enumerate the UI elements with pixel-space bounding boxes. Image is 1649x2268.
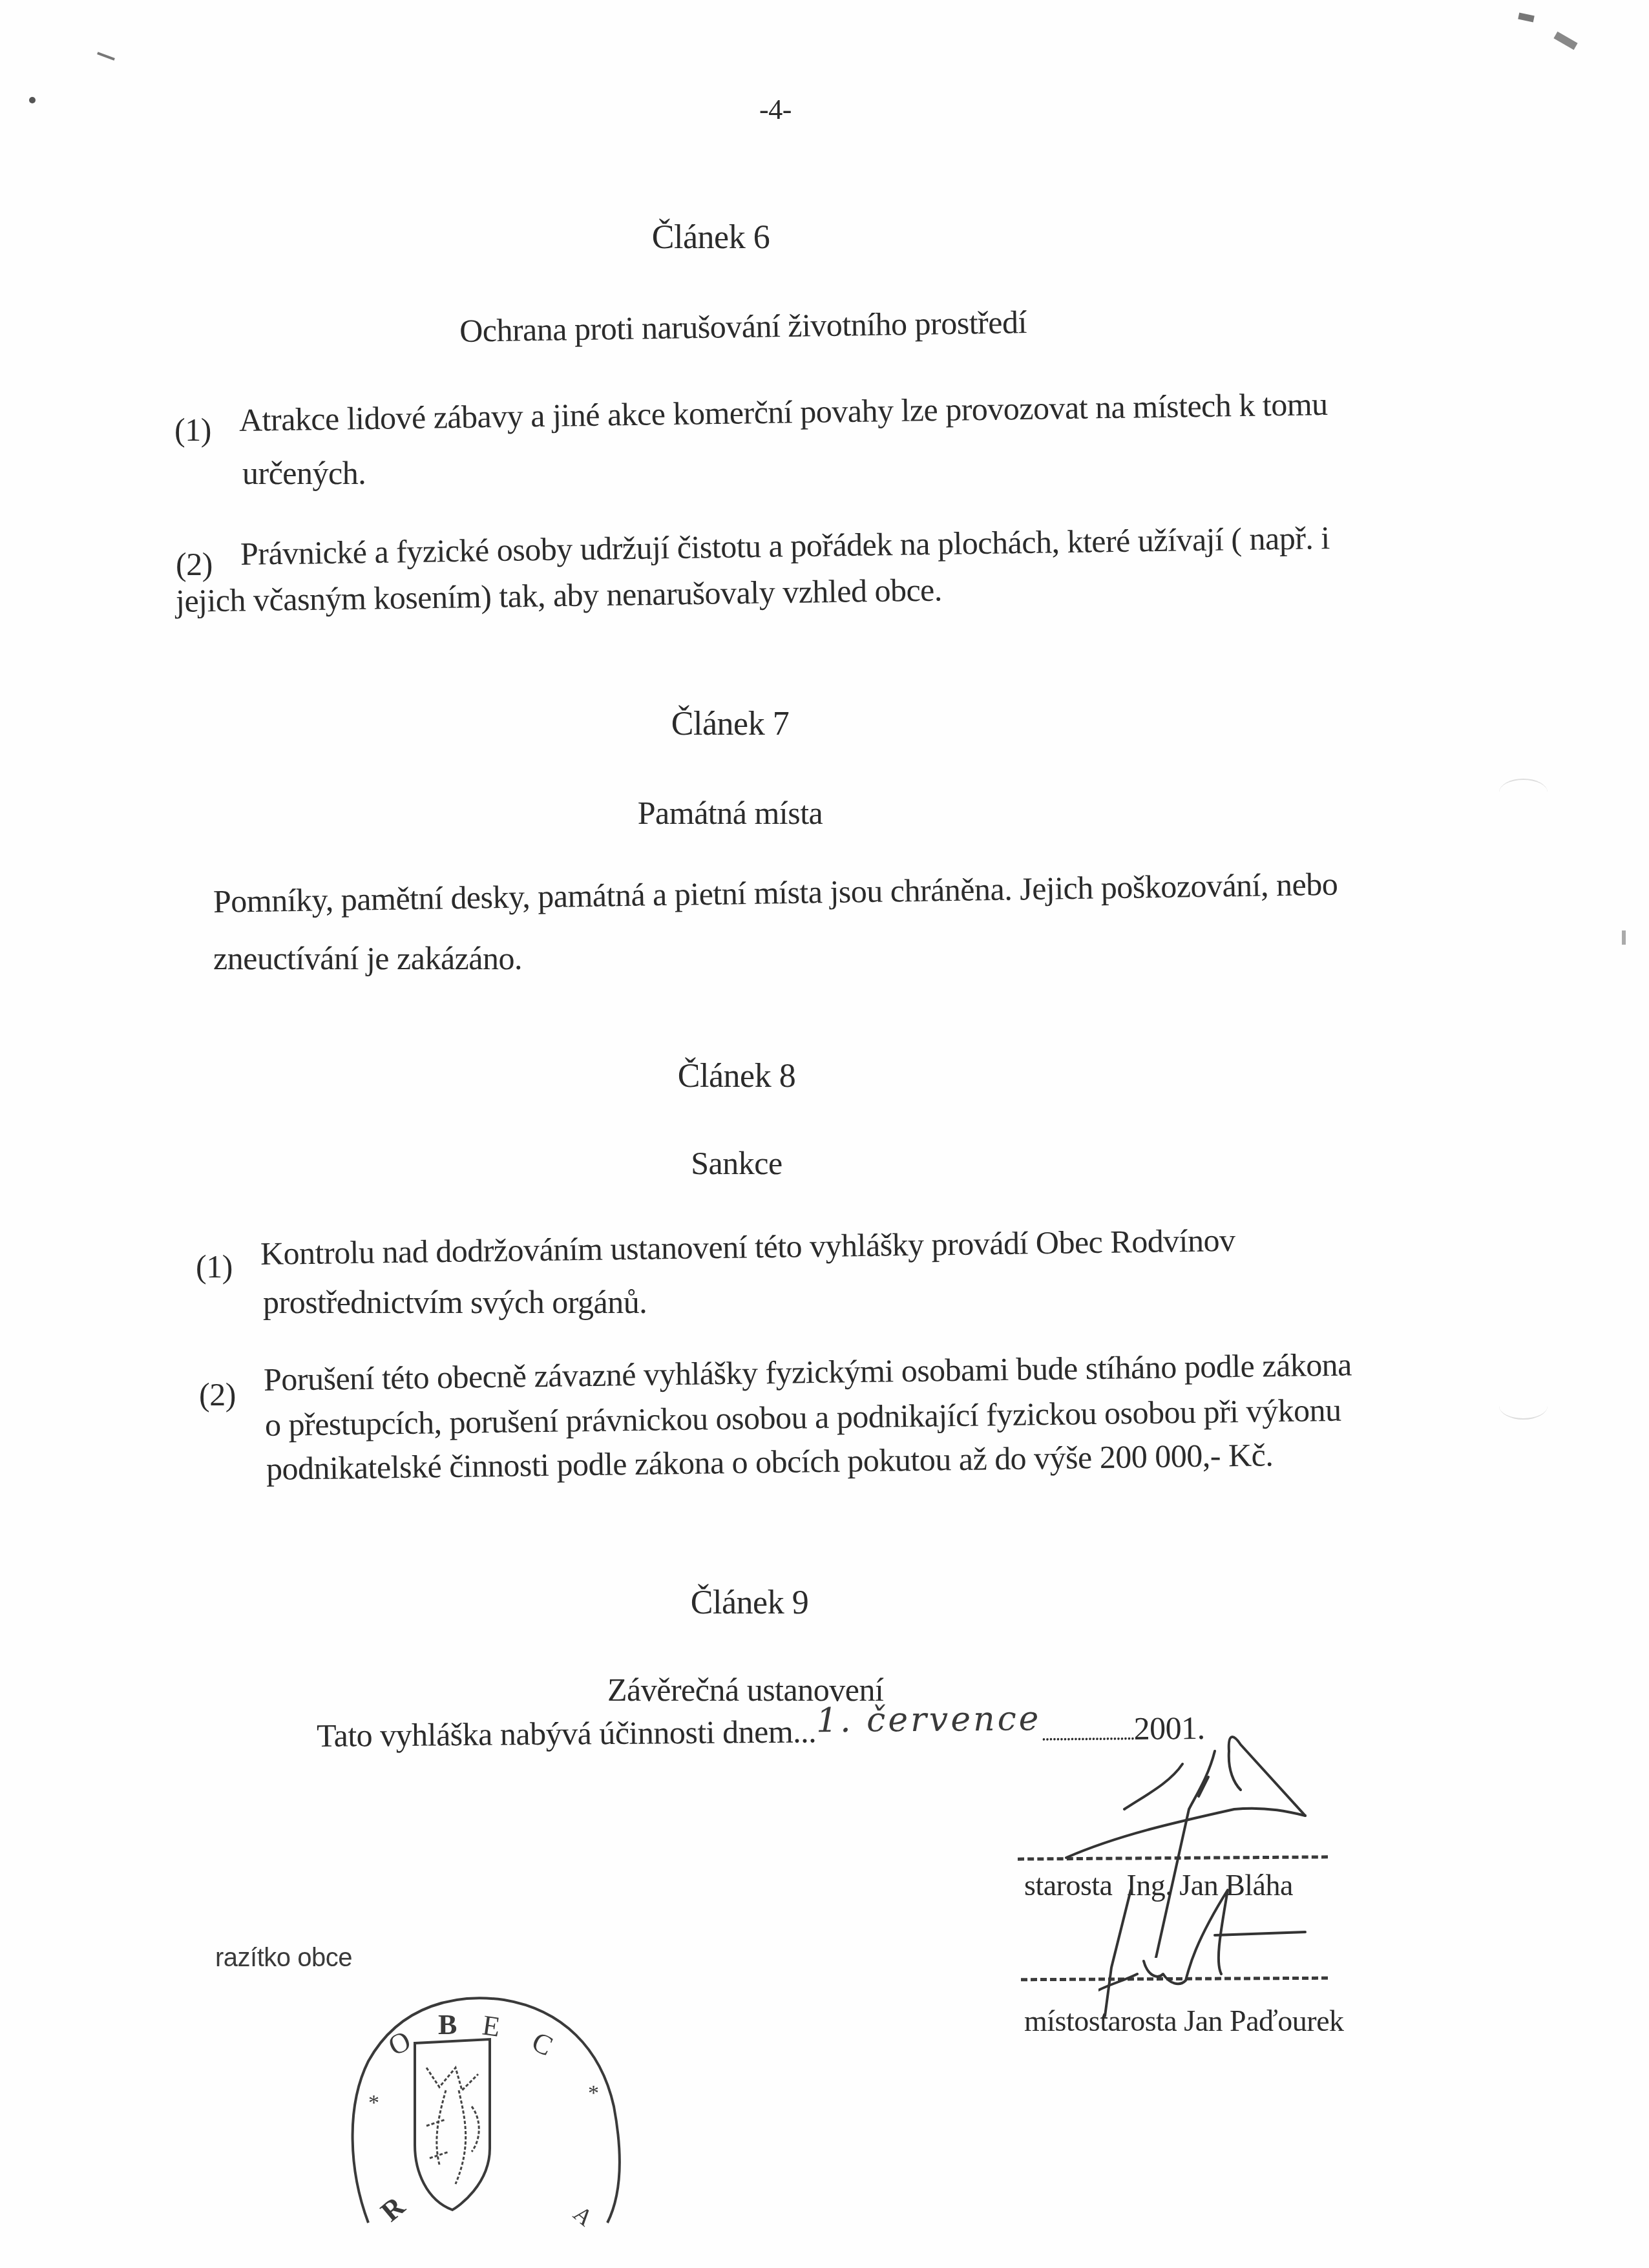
effective-date-handwritten: 1. července <box>816 1699 1042 1740</box>
article-6-para-2-marker: (2) <box>176 548 213 580</box>
scan-mark-top-left <box>29 97 36 103</box>
article-8-para-2-line-3: podnikatelské činnosti podle zákona o ob… <box>266 1438 1274 1485</box>
effective-date-prefix: Tato vyhláška nabývá účinnosti dnem <box>317 1714 793 1754</box>
punch-hole-lower <box>1499 1392 1548 1420</box>
article-8-para-2-line-1: Porušení této obecně závazné vyhlášky fy… <box>264 1348 1352 1396</box>
article-7-title: Památná místa <box>601 797 859 829</box>
article-7-label: Článek 7 <box>601 708 859 741</box>
article-6-label: Článek 6 <box>582 221 840 255</box>
article-8-para-2-marker: (2) <box>199 1378 236 1411</box>
article-6-para-2-line-1: Právnické a fyzické osoby udržují čistot… <box>240 521 1330 570</box>
article-6-para-2-line-2: jejich včasným kosením) tak, aby nenaruš… <box>176 573 943 617</box>
article-6-para-1-line-2: určených. <box>242 457 366 489</box>
article-8-label: Článek 8 <box>607 1060 866 1093</box>
article-8-para-2-line-2: o přestupcích, porušení právnickou osobo… <box>265 1394 1341 1441</box>
article-6-para-1-marker: (1) <box>174 414 211 446</box>
scan-mark-top-right-2 <box>1553 32 1577 50</box>
document-page: -4- Článek 6 Ochrana proti narušování ži… <box>0 0 1649 2268</box>
svg-text:*: * <box>368 2091 379 2115</box>
municipal-stamp: O B E C * * R A <box>342 1977 627 2268</box>
article-7-para-line-2: zneuctívání je zakázáno. <box>213 942 522 974</box>
page-number: -4- <box>711 96 840 124</box>
svg-text:A: A <box>569 2200 598 2231</box>
stamp-label: razítko obce <box>215 1945 352 1971</box>
article-6-para-1-line-1: Atrakce lidové zábavy a jiné akce komerč… <box>239 388 1328 436</box>
article-7-para-line-1: Pomníky, pamětní desky, památná a pietní… <box>213 868 1338 918</box>
svg-text:R: R <box>375 2190 412 2228</box>
svg-text:B: B <box>438 2009 457 2041</box>
scan-mark-top-right <box>1518 13 1535 23</box>
svg-text:C: C <box>527 2026 558 2063</box>
article-8-title: Sankce <box>607 1147 866 1179</box>
scan-mark-right-edge <box>1622 930 1626 945</box>
article-8-para-1-line-2: prostřednictvím svých orgánů. <box>263 1286 647 1318</box>
svg-text:E: E <box>481 2009 502 2042</box>
punch-hole-upper <box>1499 779 1548 806</box>
effective-date-dots: ... <box>793 1713 816 1749</box>
article-8-para-1-marker: (1) <box>196 1250 233 1283</box>
signature-caption-deputy: místostarosta Jan Paďourek <box>1024 2006 1344 2036</box>
scan-mark-top-left-2 <box>97 52 115 60</box>
svg-text:*: * <box>588 2081 599 2105</box>
signature-deputy-scribble <box>1098 1877 1357 2019</box>
lion-emblem-icon <box>426 2068 479 2184</box>
article-6-title: Ochrana proti narušování životního prost… <box>388 304 1099 348</box>
article-8-para-1-line-1: Kontrolu nad dodržováním ustanovení této… <box>260 1224 1235 1270</box>
svg-text:O: O <box>384 2024 415 2062</box>
article-9-label: Článek 9 <box>620 1586 879 1620</box>
